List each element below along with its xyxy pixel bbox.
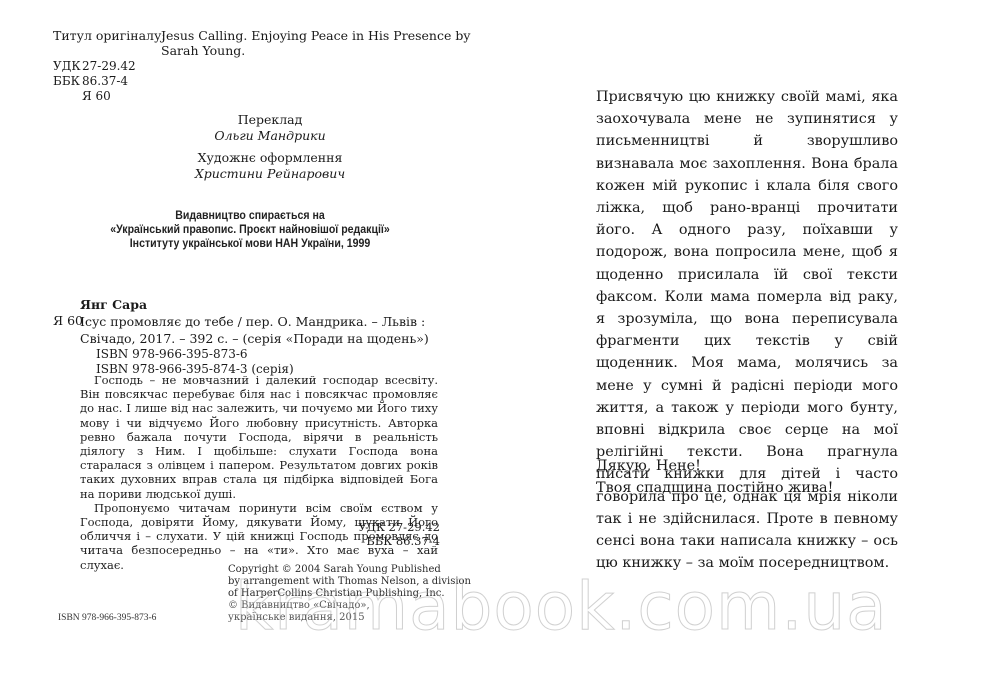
original-title: Титул оригіналу: Jesus Calling. Enjoying… <box>53 28 166 43</box>
classification-row: УДК27-29.42 <box>53 59 136 74</box>
classification-bottom: УДК 27-29.42 ББК 86.37-4 <box>330 520 440 548</box>
author-heading: Янг Сара <box>80 297 147 312</box>
classification-row: ББК86.37-4 <box>53 74 136 89</box>
original-title-line2: Sarah Young. <box>161 43 245 58</box>
translator-name: Ольги Мандрики <box>150 128 390 144</box>
thanks-text: Дякую, Нене! Твоя спадщина постійно жива… <box>596 455 833 499</box>
classification-codes: УДК27-29.42 ББК86.37-4 Я 60 <box>53 59 136 104</box>
copyright-notice: Copyright © 2004 Sarah Young Published b… <box>228 564 471 624</box>
classification-row: Я 60 <box>53 89 136 104</box>
left-page: Титул оригіналу: Jesus Calling. Enjoying… <box>0 0 500 685</box>
original-title-line1: Jesus Calling. Enjoying Peace in His Pre… <box>161 28 470 43</box>
designer-name: Христини Рейнарович <box>150 166 390 182</box>
original-title-label: Титул оригіналу: <box>53 28 166 43</box>
bibliographic-record: Ісус промовляє до тебе / пер. О. Мандрик… <box>80 313 429 347</box>
right-page: Присвячую цю книжку своїй мамі, яка заох… <box>500 0 1000 685</box>
catalog-code: Я 60 <box>53 313 83 328</box>
isbn-bottom: ISBN 978-966-395-873-6 <box>58 613 156 623</box>
design-label: Художнє оформлення <box>150 150 390 166</box>
isbn: ISBN 978-966-395-873-6 <box>96 347 294 362</box>
publisher-note: Видавництво спирається на «Український п… <box>94 209 407 251</box>
annotation-paragraph: Господь – не мовчазний і далекий господа… <box>80 373 438 501</box>
dedication-text: Присвячую цю книжку своїй мамі, яка заох… <box>596 86 898 574</box>
credits: Переклад Ольги Мандрики Художнє оформлен… <box>150 112 390 181</box>
translation-label: Переклад <box>150 112 390 128</box>
